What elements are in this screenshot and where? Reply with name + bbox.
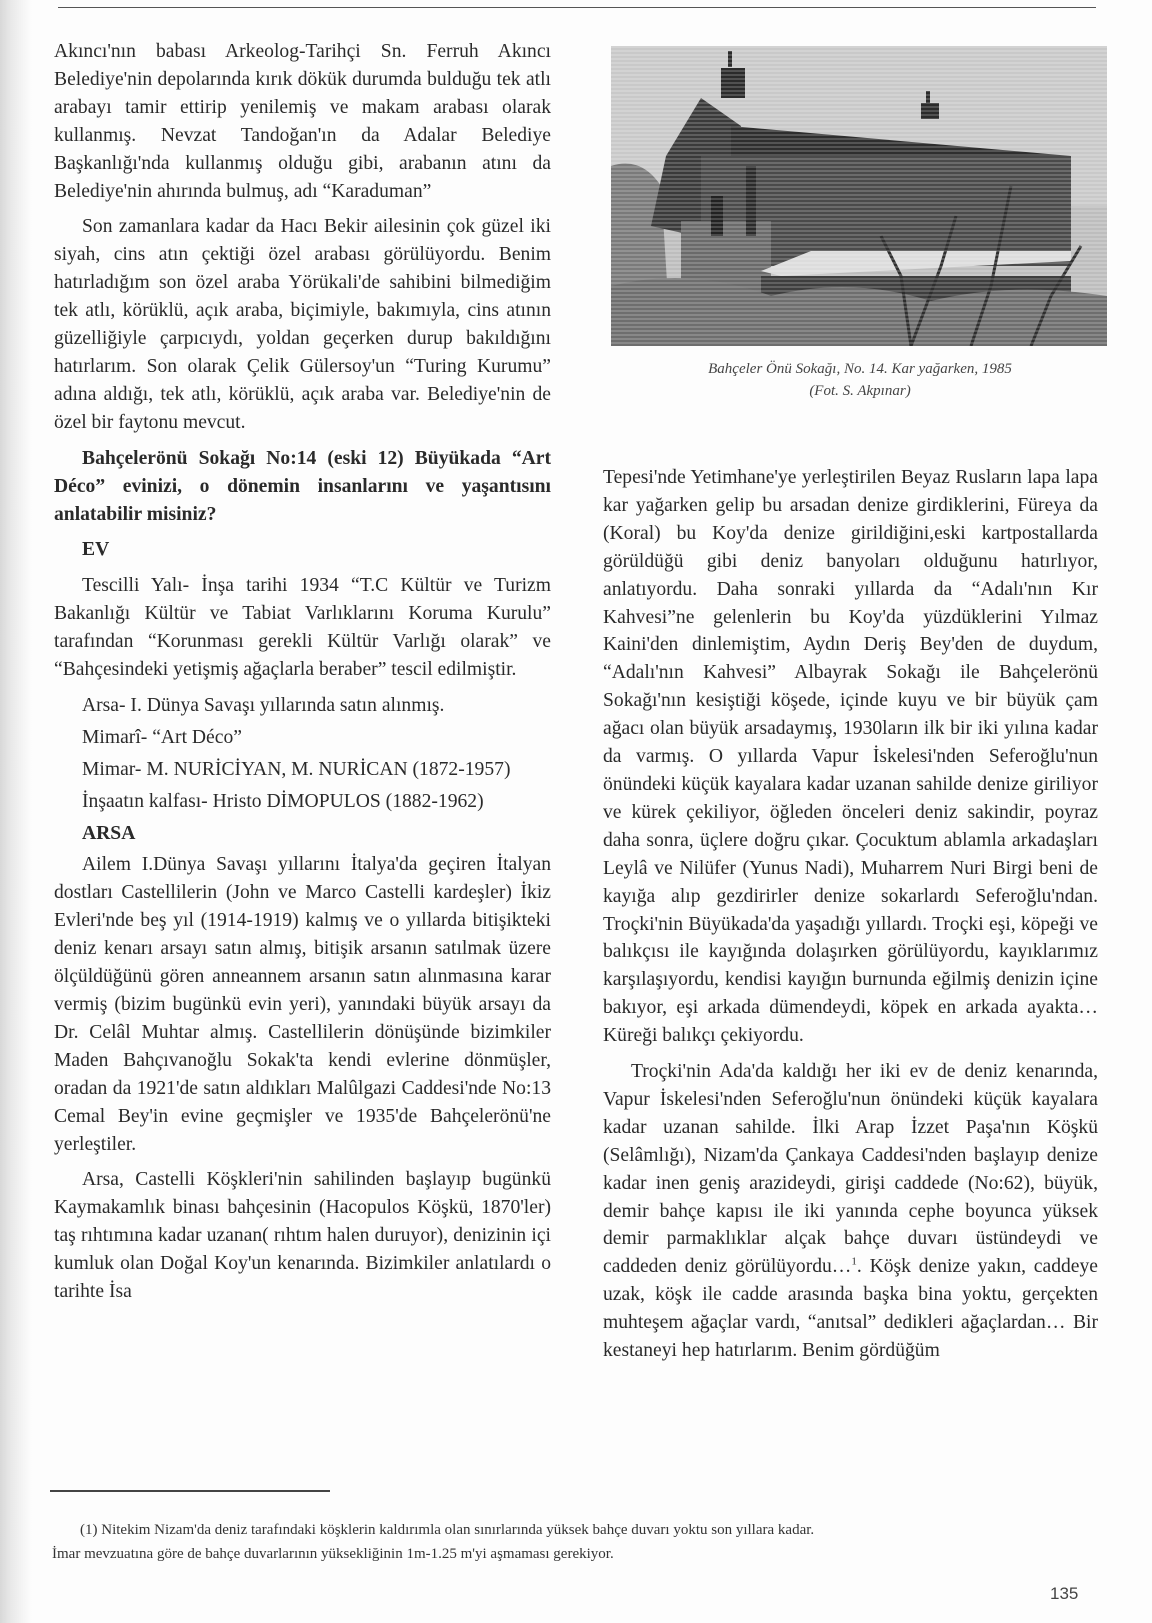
right-column: Tepesi'nde Yetimhane'ye yerleştirilen Be… [603,464,1098,1373]
section-heading-arsa: ARSA [54,820,551,848]
section-heading-ev: EV [54,536,551,564]
footnote-line: İmar mevzuatına göre de bahçe duvarların… [52,1542,1102,1566]
paragraph-text: Troçki'nin Ada'da kaldığı her iki ev de … [603,1061,1098,1277]
paragraph: Son zamanlara kadar da Hacı Bekir ailesi… [54,213,551,436]
paragraph: Tepesi'nde Yetimhane'ye yerleştirilen Be… [603,464,1098,1050]
fact-line: İnşaatın kalfası- Hristo DİMOPULOS (1882… [54,788,551,816]
left-column: Akıncı'nın babası Arkeolog-Tarihçi Sn. F… [54,38,551,1314]
header-rule [58,7,1096,8]
caption-credit: (Fot. S. Akpınar) [600,380,1120,402]
paragraph: Akıncı'nın babası Arkeolog-Tarihçi Sn. F… [54,38,551,205]
interview-question: Bahçelerönü Sokağı No:14 (eski 12) Büyük… [54,445,551,529]
paragraph: Ailem I.Dünya Savaşı yıllarını İtalya'da… [54,851,551,1158]
fact-line: Arsa- I. Dünya Savaşı yıllarında satın a… [54,692,551,720]
paragraph: Troçki'nin Ada'da kaldığı her iki ev de … [603,1058,1098,1365]
scan-edge-shadow [0,0,32,1623]
footnote: (1) Nitekim Nizam'da deniz tarafındaki k… [52,1518,1102,1566]
fact-line: Mimar- M. NURİCİYAN, M. NURİCAN (1872-19… [54,756,551,784]
paragraph: Arsa, Castelli Köşkleri'nin sahilinden b… [54,1166,551,1306]
house-photo [611,46,1107,346]
paragraph: Tescilli Yalı- İnşa tarihi 1934 “T.C Kül… [54,572,551,684]
fact-line: Mimarî- “Art Déco” [54,724,551,752]
caption-line: Bahçeler Önü Sokağı, No. 14. Kar yağarke… [600,358,1120,380]
footnote-rule [50,1490,330,1492]
photo-caption: Bahçeler Önü Sokağı, No. 14. Kar yağarke… [600,358,1120,402]
page-number: 135 [1050,1584,1078,1604]
footnote-line: (1) Nitekim Nizam'da deniz tarafındaki k… [52,1518,1102,1542]
